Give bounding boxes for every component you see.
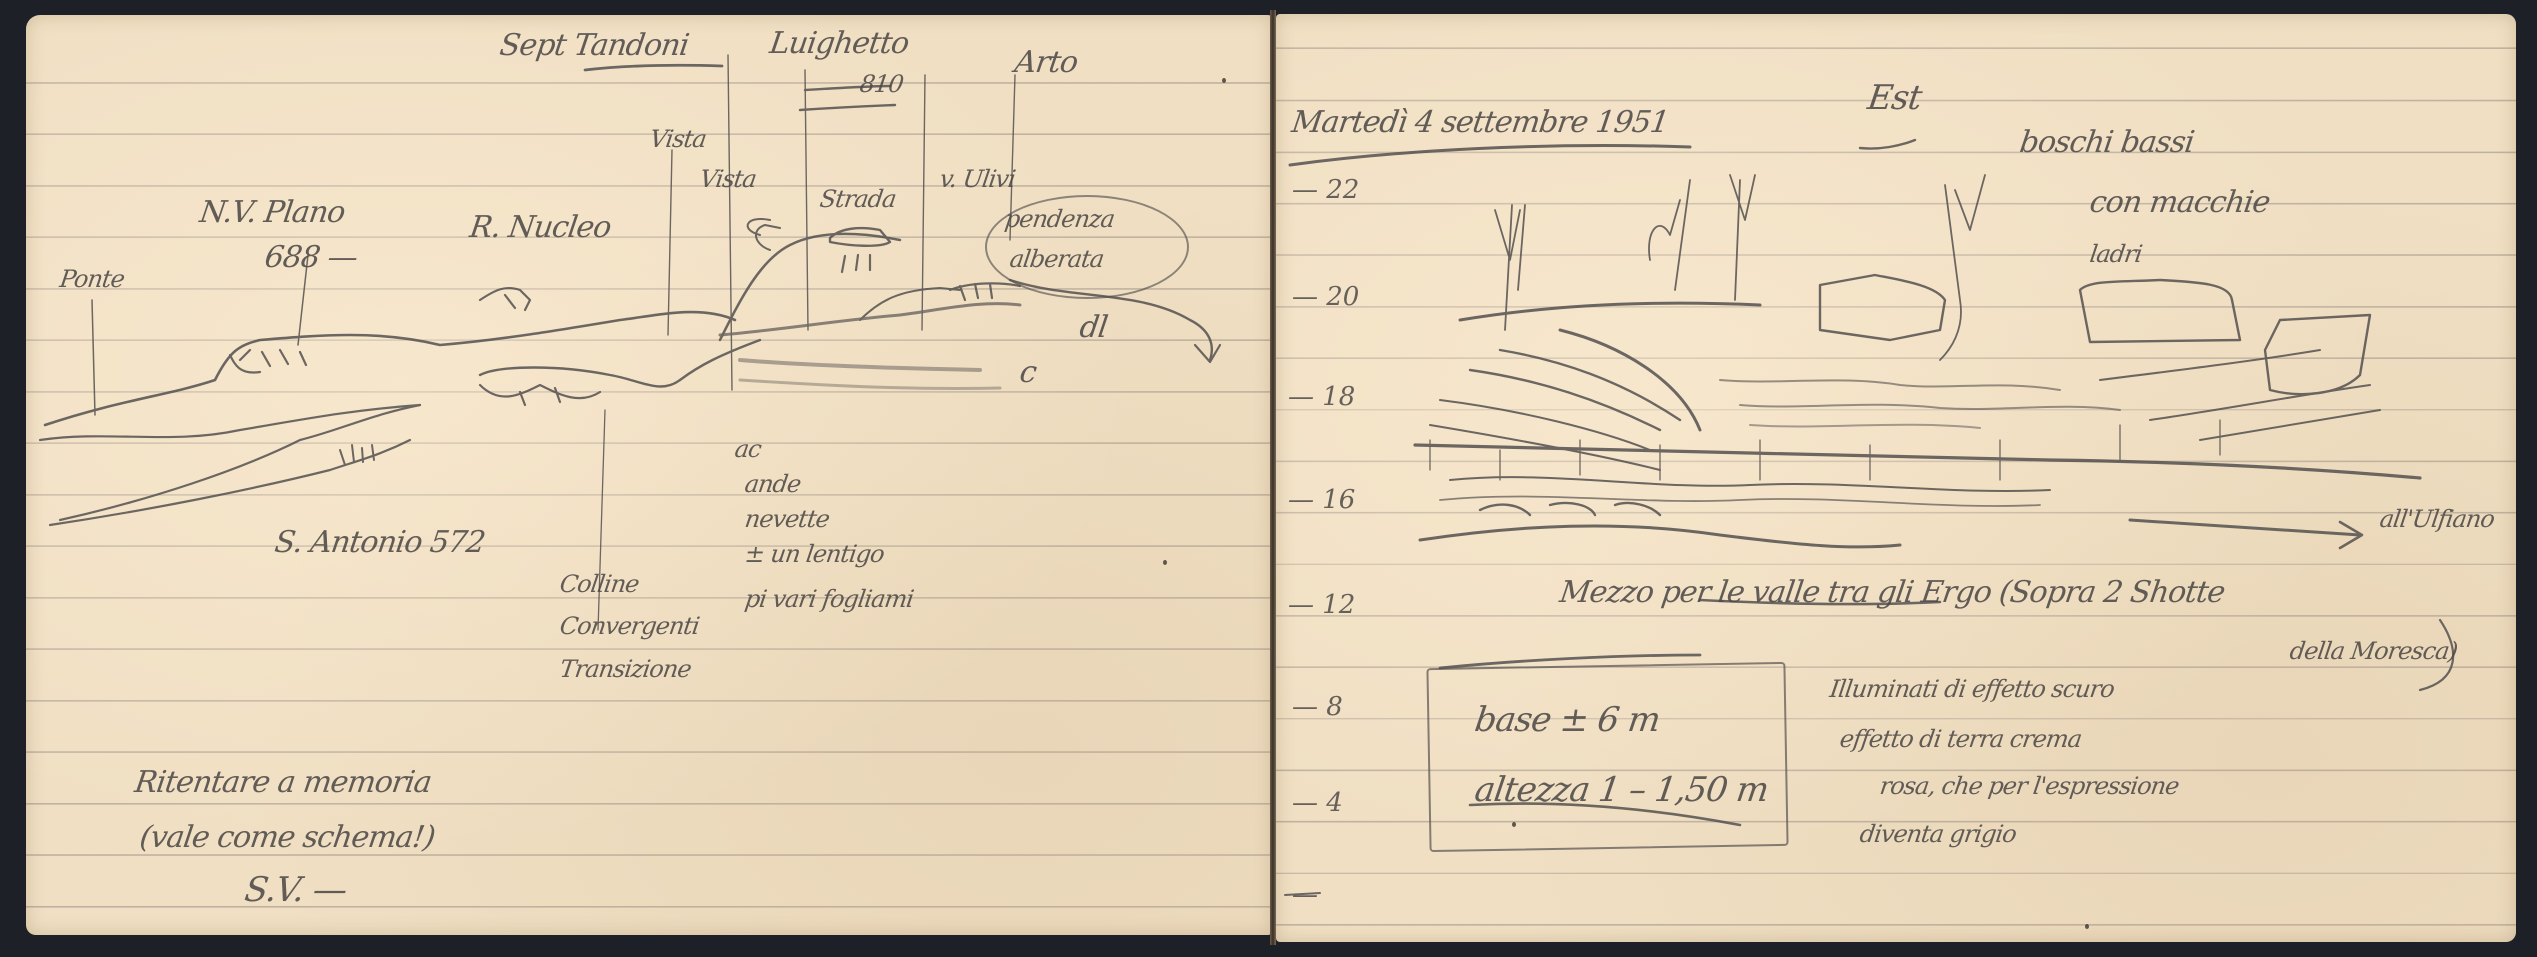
paper-spot [1163,560,1167,565]
arrow-label: all'Ulfiano [2378,505,2496,533]
footer-signature: S.V. — [242,870,349,910]
label-nv-plano: N.V. Plano [198,195,347,230]
footer-note-line-1: Ritentare a memoria [133,765,434,800]
label-luighetto: Luighetto [768,26,911,61]
label-note-lentigo: ± un lentigo [743,540,886,568]
side-note-line-1: Illuminati di effetto scuro [1828,675,2116,703]
scale-tick-22: — 22 [1292,175,1359,205]
paper-spot [1222,78,1226,83]
top-note-line-2: con macchie [2088,185,2272,220]
label-vista: Vista [648,125,708,153]
caption-line-2: della Moresca) [2288,637,2459,665]
dimension-box [1426,662,1788,852]
label-transizione: Transizione [558,655,693,683]
label-strada: Strada [818,185,897,213]
label-note-fogliami: pi vari fogliami [743,585,915,613]
label-note-ac: ac [733,435,763,463]
scale-tick-12: — 12 [1288,590,1355,620]
side-note-line-2: effetto di terra crema [1838,725,2083,753]
paper-spot [1512,822,1516,827]
paper-spot [2085,924,2089,929]
label-alberata: alberata [1008,245,1105,273]
label-est: Est [1865,78,1924,118]
scale-tick-18: — 18 [1288,382,1355,412]
notebook-gutter [1270,10,1276,945]
box-line-base: base ± 6 m [1472,700,1662,740]
label-colline: Colline [558,570,640,598]
label-note-nevette: nevette [743,505,831,533]
label-note-ande: ande [743,470,802,498]
scale-tick-8: — 8 [1292,692,1343,722]
side-note-line-3: rosa, che per l'espressione [1878,772,2180,800]
label-vista-2: Vista [698,165,758,193]
label-dl: dl [1078,310,1110,345]
label-s-antonio: S. Antonio 572 [273,525,487,560]
label-arto: Arto [1013,45,1080,80]
top-note-line-1: boschi bassi [2018,125,2196,160]
label-688: 688 — [263,240,360,275]
scale-tick-0: — [1292,880,1318,910]
scale-tick-16: — 16 [1288,485,1355,515]
caption-line-1: Mezzo per le valle tra gli Ergo (Sopra 2… [1558,575,2227,610]
label-v-ulivi: v. Ulivi [938,165,1017,193]
label-convergenti: Convergenti [558,612,701,640]
box-line-altezza: altezza 1 – 1,50 m [1472,770,1770,810]
label-pendenza: pendenza [1003,205,1116,233]
label-ponte: Ponte [58,265,126,293]
label-810: 810 [858,70,905,98]
footer-note-line-2: (vale come schema!) [138,820,437,855]
label-tandoni: Sept Tandoni [498,28,691,63]
scale-tick-20: — 20 [1292,282,1359,312]
right-page-heading: Martedì 4 settembre 1951 [1290,105,1671,140]
side-note-line-4: diventa grigio [1858,820,2018,848]
scale-tick-4: — 4 [1292,788,1343,818]
label-r-nucleo: R. Nucleo [468,210,613,245]
top-note-line-3: ladri [2088,240,2143,268]
